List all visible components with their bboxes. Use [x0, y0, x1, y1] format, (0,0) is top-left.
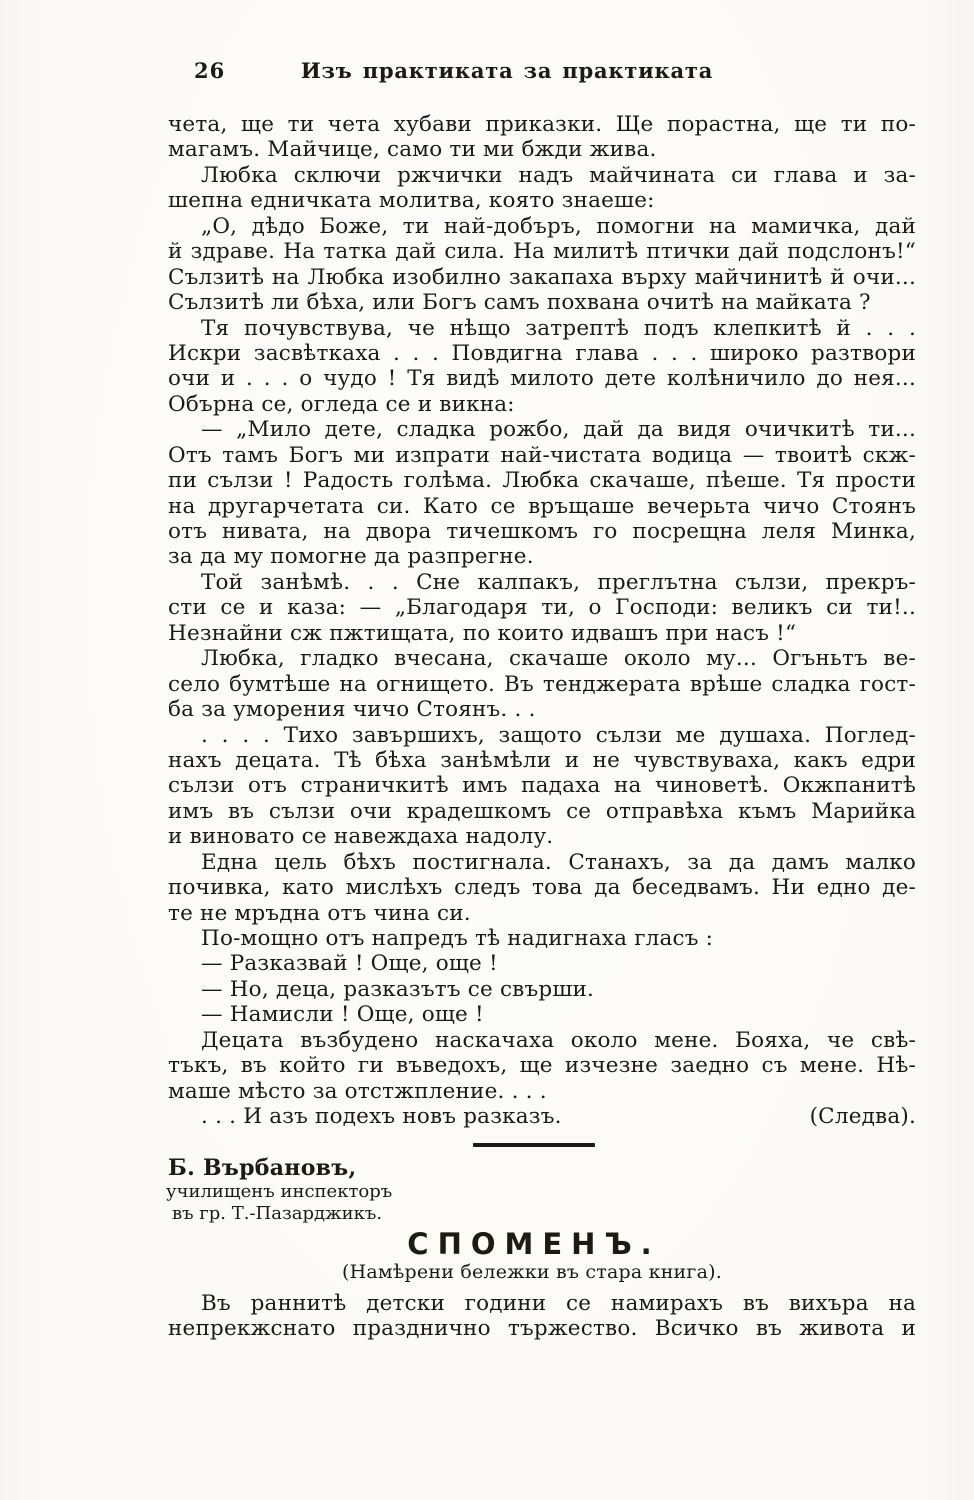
- text-line: почивка, като мислѣхъ следъ това да бесе…: [168, 875, 916, 900]
- text-line: ба за уморения чичо Стоянъ. . .: [168, 697, 916, 722]
- section-divider: [473, 1143, 595, 1147]
- text-line: чета, ще ти чета хубави приказки. Ще пор…: [168, 112, 916, 137]
- text-line: Децата възбудено наскачаха около мене. Б…: [168, 1028, 916, 1053]
- text-line: Тя почувствува, че нѣщо затрептѣ подъ кл…: [168, 316, 916, 341]
- text-line: — „Мило дете, сладка рожбо, дай да видя …: [168, 417, 916, 442]
- author-name: Б. Върбановъ,: [168, 1155, 916, 1181]
- text-line: отъ нивата, на двора тичешкомъ го посрещ…: [168, 519, 916, 544]
- page-body: чета, ще ти чета хубави приказки. Ще пор…: [168, 112, 916, 1341]
- text-line: й здраве. На татка дай сила. На милитѣ п…: [168, 239, 916, 264]
- text-line: Искри засвѣткаха . . . Повдигна глава . …: [168, 341, 916, 366]
- author-role: училищенъ инспекторъ: [166, 1181, 916, 1203]
- text-line: Една цель бѣхъ постигнала. Станахъ, за д…: [168, 850, 916, 875]
- text-line: за да му помогне да разпрегне.: [168, 544, 916, 569]
- text-line: — Разказвай ! Още, още !: [168, 951, 916, 976]
- text-line: и виновато се навеждаха надолу.: [168, 824, 916, 849]
- text-line: те не мръдна отъ чина си.: [168, 901, 916, 926]
- text-line: нахъ децата. Тѣ бѣха занѣмѣли и не чувст…: [168, 748, 916, 773]
- section-title: СПОМЕНЪ.: [160, 1227, 908, 1261]
- text-line: Той занѣмѣ. . . Сне калпакъ, преглътна с…: [168, 570, 916, 595]
- text-line: Сълзитѣ на Любка изобилно закапаха върху…: [168, 265, 916, 290]
- story-text: чета, ще ти чета хубави приказки. Ще пор…: [168, 112, 916, 1104]
- text-line: „О, дѣдо Боже, ти най-добъръ, помогни на…: [168, 214, 916, 239]
- scanned-book-page: 26 Изъ практиката за практиката чета, ще…: [0, 0, 974, 1500]
- section-text: Въ раннитѣ детски години се намирахъ въ …: [168, 1291, 916, 1342]
- author-place: въ гр. Т.-Пазарджикъ.: [172, 1203, 916, 1225]
- text-line: очи и . . . о чудо ! Тя видѣ милото дете…: [168, 366, 916, 391]
- text-line: Сълзитѣ ли бѣха, или Богъ самъ похвана о…: [168, 290, 916, 315]
- continuation-note: (Следва).: [810, 1104, 916, 1129]
- text-line: сти се и каза: — „Благодаря ти, о Господ…: [168, 595, 916, 620]
- section-subtitle: (Намѣрени бележки въ стара книга).: [158, 1261, 906, 1283]
- story-closing-line: . . . И азъ подехъ новъ разказъ. (Следва…: [168, 1104, 916, 1129]
- text-line: По-мощно отъ напредъ тѣ надигнаха гласъ …: [168, 926, 916, 951]
- text-line: пи сълзи ! Радость голѣма. Любка скачаше…: [168, 468, 916, 493]
- text-line: Отъ тамъ Богъ ми изпрати най-чистата вод…: [168, 443, 916, 468]
- text-line: . . . . Тихо завършихъ, защото сълзи ме …: [168, 723, 916, 748]
- text-line: сълзи отъ страничкитѣ имъ падаха на чино…: [168, 773, 916, 798]
- author-signature: Б. Върбановъ, училищенъ инспекторъ въ гр…: [168, 1155, 916, 1225]
- closing-text: . . . И азъ подехъ новъ разказъ.: [201, 1104, 562, 1129]
- text-line: село бумтѣше на огнището. Въ тенджерата …: [168, 672, 916, 697]
- page-header: 26 Изъ практиката за практиката: [168, 58, 916, 88]
- text-line: магамъ. Майчице, само ти ми бжди жива.: [168, 137, 916, 162]
- text-line: тъкъ, въ който ги въведохъ, ще изчезне з…: [168, 1053, 916, 1078]
- text-line: Въ раннитѣ детски години се намирахъ въ …: [168, 1291, 916, 1316]
- text-line: — Намисли ! Още, още !: [168, 1002, 916, 1027]
- text-line: Любка, гладко вчесана, скачаше около му.…: [168, 646, 916, 671]
- text-line: имъ въ сълзи очи крадешкомъ се отправѣха…: [168, 799, 916, 824]
- text-line: Обърна се, огледа се и викна:: [168, 392, 916, 417]
- text-line: на другарчетата си. Като се връщаше вече…: [168, 494, 916, 519]
- text-line: — Но, деца, разказътъ се свърши.: [168, 977, 916, 1002]
- text-line: Любка сключи ржчички надъ майчината си г…: [168, 163, 916, 188]
- text-line: Незнайни сж пжтищата, по които идвашъ пр…: [168, 621, 916, 646]
- text-line: непрекжснато празднично тържество. Всичк…: [168, 1316, 916, 1341]
- running-header: Изъ практиката за практиката: [133, 58, 881, 83]
- text-line: маше мѣсто за отстжпление. . . .: [168, 1079, 916, 1104]
- text-line: шепна едничката молитва, която знаеше:: [168, 188, 916, 213]
